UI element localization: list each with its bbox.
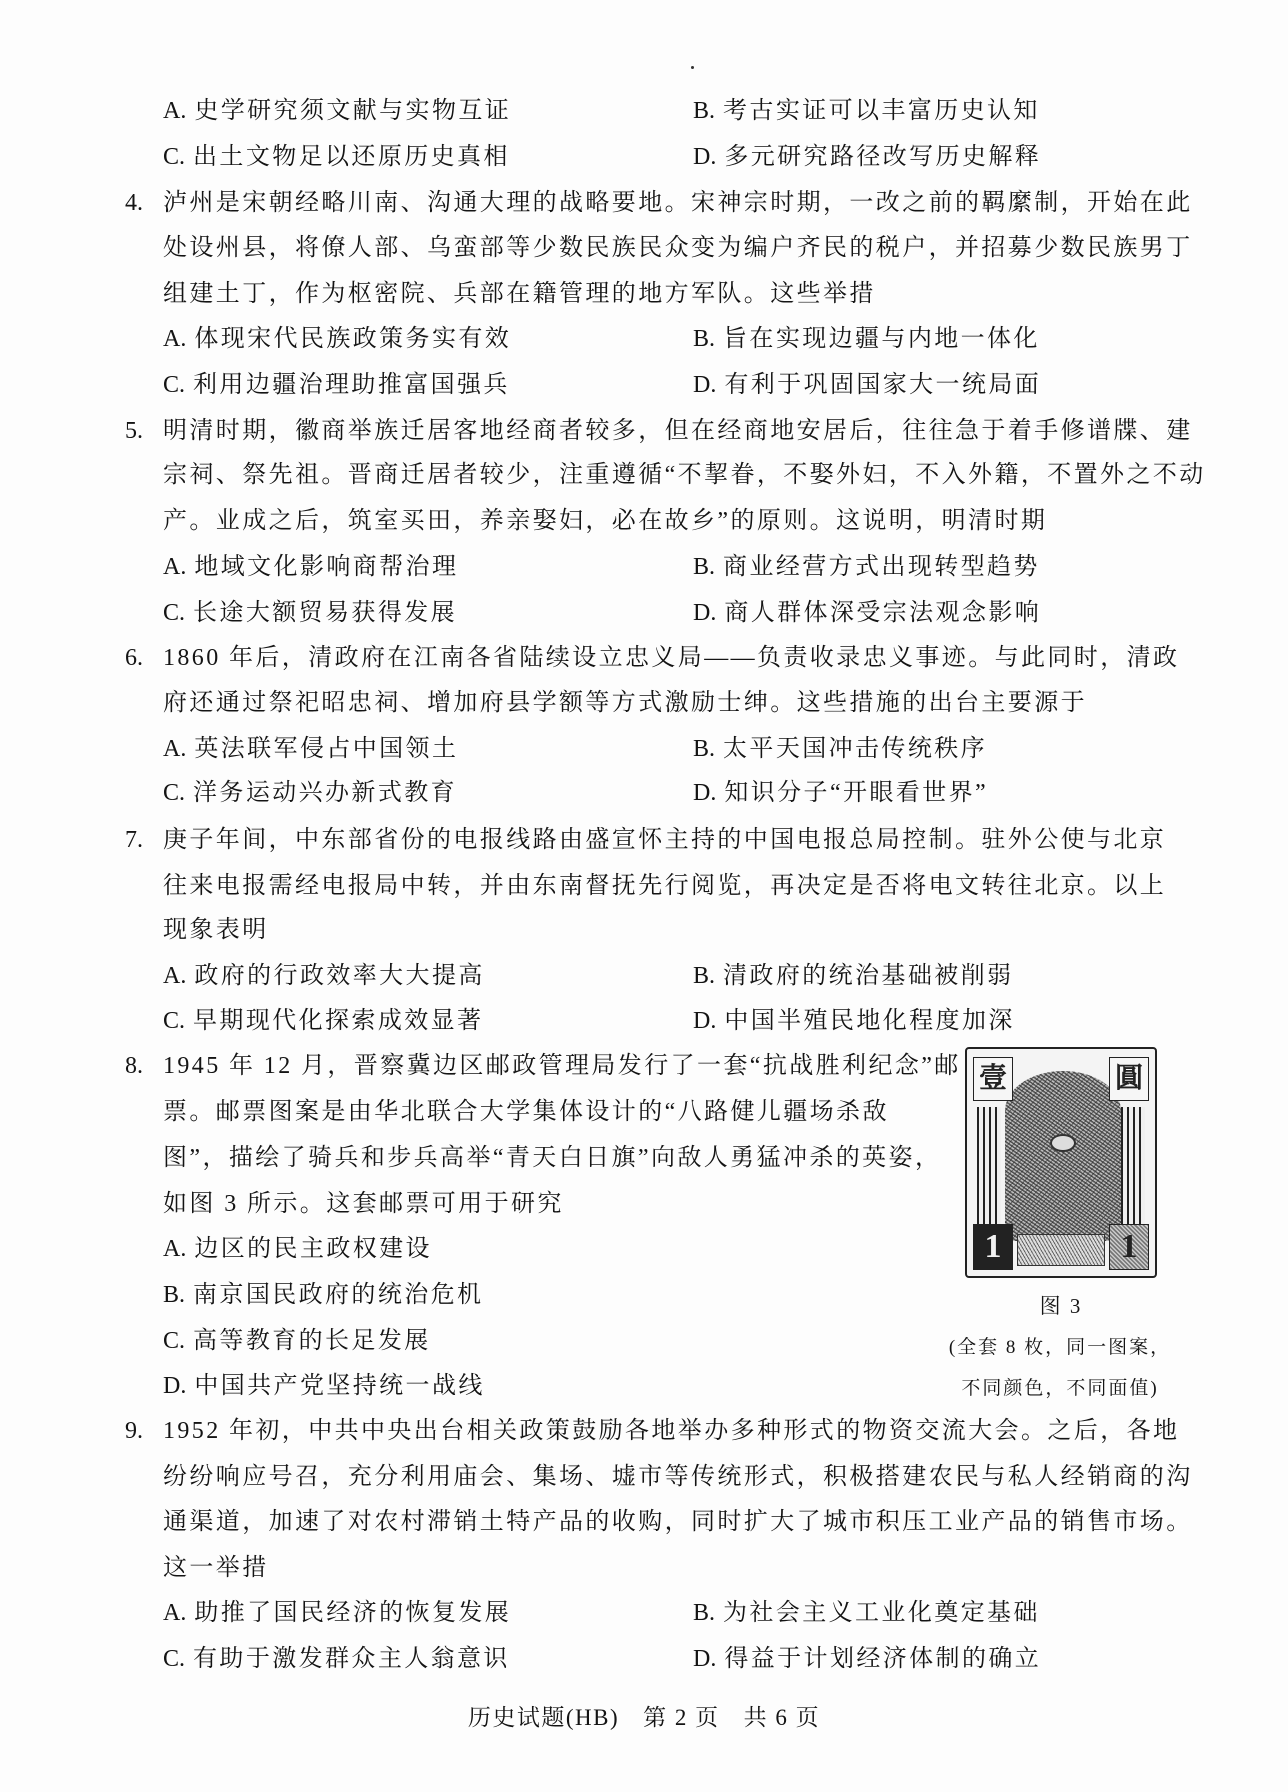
option-3a[interactable]: A.史学研究须文献与实物互证	[163, 96, 511, 126]
option-9d[interactable]: D.得益于计划经济体制的确立	[693, 1644, 1041, 1674]
option-text: 出土文物足以还原历史真相	[193, 144, 510, 170]
option-8a[interactable]: A.边区的民主政权建设	[163, 1234, 432, 1264]
stamp-value-left: 1	[973, 1224, 1013, 1270]
question-stem-line: 处设州县，将僚人部、乌蛮部等少数民族民众变为编户齐民的税户，并招募少数民族男丁	[163, 233, 1193, 263]
stamp-figure-3: 壹 圓 1 1	[965, 1047, 1157, 1278]
option-text: 政府的行政效率大大提高	[194, 963, 484, 989]
figure-note-line-1: (全套 8 枚，同一图案，	[935, 1335, 1185, 1361]
question-stem-line: 1860 年后，清政府在江南各省陆续设立忠义局——负责收录忠义事迹。与此同时，清…	[163, 643, 1179, 673]
option-text: 有助于激发群众主人翁意识	[193, 1646, 510, 1672]
option-text: 有利于巩固国家大一统局面	[724, 372, 1041, 398]
option-7b[interactable]: B.清政府的统治基础被削弱	[693, 961, 1013, 991]
option-6a[interactable]: A.英法联军侵占中国领土	[163, 734, 458, 764]
option-text: 太平天国冲击传统秩序	[723, 736, 987, 762]
option-text: 英法联军侵占中国领土	[194, 736, 458, 762]
option-6d[interactable]: D.知识分子“开眼看世界”	[693, 778, 988, 808]
stamp-column-right	[1121, 1107, 1145, 1227]
option-4b[interactable]: B.旨在实现边疆与内地一体化	[693, 324, 1040, 354]
question-number: 6.	[125, 643, 143, 673]
option-text: 史学研究须文献与实物互证	[194, 98, 511, 124]
option-9c[interactable]: C.有助于激发群众主人翁意识	[163, 1644, 510, 1674]
question-number: 9.	[125, 1416, 143, 1446]
question-stem-line: 通渠道，加速了对农村滞销土特产品的收购，同时扩大了城市积压工业产品的销售市场。	[163, 1507, 1193, 1537]
question-stem-line: 1952 年初，中共中央出台相关政策鼓励各地举办多种形式的物资交流大会。之后，各…	[163, 1416, 1179, 1446]
page-footer: 历史试题(HB)第 2 页共 6 页	[0, 1703, 1288, 1733]
option-text: 得益于计划经济体制的确立	[724, 1646, 1041, 1672]
stamp-corner-top-left: 壹	[973, 1057, 1013, 1101]
option-6b[interactable]: B.太平天国冲击传统秩序	[693, 734, 987, 764]
option-text: 利用边疆治理助推富国强兵	[193, 372, 510, 398]
option-6c[interactable]: C.洋务运动兴办新式教育	[163, 778, 457, 808]
question-stem-line: 票。邮票图案是由华北联合大学集体设计的“八路健儿疆场杀敌	[163, 1097, 889, 1127]
option-text: 南京国民政府的统治危机	[193, 1282, 483, 1308]
option-text: 长途大额贸易获得发展	[193, 600, 457, 626]
question-stem-line: 明清时期，徽商举族迁居客地经商者较多，但在经商地安居后，往往急于着手修谱牒、建	[163, 416, 1193, 446]
question-stem-line: 庚子年间，中东部省份的电报线路由盛宣怀主持的中国电报总局控制。驻外公使与北京	[163, 825, 1166, 855]
question-stem-line: 纷纷响应号召，充分利用庙会、集场、墟市等传统形式，积极搭建农民与私人经销商的沟	[163, 1462, 1193, 1492]
option-3d[interactable]: D.多元研究路径改写历史解释	[693, 142, 1041, 172]
option-5c[interactable]: C.长途大额贸易获得发展	[163, 598, 457, 628]
question-number: 5.	[125, 416, 143, 446]
option-text: 洋务运动兴办新式教育	[193, 780, 457, 806]
option-7d[interactable]: D.中国半殖民地化程度加深	[693, 1006, 1015, 1036]
option-text: 边区的民主政权建设	[194, 1236, 432, 1262]
option-7c[interactable]: C.早期现代化探索成效显著	[163, 1006, 483, 1036]
option-text: 旨在实现边疆与内地一体化	[723, 326, 1040, 352]
stamp-value-right: 1	[1109, 1224, 1149, 1270]
flag-icon	[1050, 1134, 1076, 1152]
option-text: 商人群体深受宗法观念影响	[724, 600, 1041, 626]
question-number: 4.	[125, 188, 143, 218]
question-stem-line: 泸州是宋朝经略川南、沟通大理的战略要地。宋神宗时期，一改之前的羁縻制，开始在此	[163, 188, 1193, 218]
figure-note-line-2: 不同颜色，不同面值)	[935, 1376, 1185, 1402]
option-text: 助推了国民经济的恢复发展	[194, 1600, 511, 1626]
stamp-bottom-band	[1017, 1234, 1105, 1266]
option-4a[interactable]: A.体现宋代民族政策务实有效	[163, 324, 511, 354]
option-7a[interactable]: A.政府的行政效率大大提高	[163, 961, 485, 991]
question-number: 7.	[125, 825, 143, 855]
option-5d[interactable]: D.商人群体深受宗法观念影响	[693, 598, 1041, 628]
footer-page-number: 第 2 页	[643, 1705, 720, 1730]
option-text: 知识分子“开眼看世界”	[724, 780, 988, 806]
question-stem-line: 如图 3 所示。这套邮票可用于研究	[163, 1189, 564, 1219]
option-8d[interactable]: D.中国共产党坚持统一战线	[163, 1371, 485, 1401]
question-stem-line: 现象表明	[163, 915, 269, 945]
footer-total-pages: 共 6 页	[744, 1705, 821, 1730]
option-text: 地域文化影响商帮治理	[194, 554, 458, 580]
question-stem-line: 府还通过祭祀昭忠祠、增加府县学额等方式激励士绅。这些措施的出台主要源于	[163, 688, 1087, 718]
option-text: 体现宋代民族政策务实有效	[194, 326, 511, 352]
option-text: 为社会主义工业化奠定基础	[723, 1600, 1040, 1626]
option-text: 中国半殖民地化程度加深	[724, 1008, 1014, 1034]
question-stem-line: 往来电报需经电报局中转，并由东南督抚先行阅览，再决定是否将电文转往北京。以上	[163, 871, 1166, 901]
question-stem-line: 这一举措	[163, 1553, 269, 1583]
scan-dot	[691, 66, 694, 69]
stamp-corner-top-right: 圓	[1109, 1057, 1149, 1101]
question-number: 8.	[125, 1051, 143, 1081]
option-4c[interactable]: C.利用边疆治理助推富国强兵	[163, 370, 510, 400]
option-3b[interactable]: B.考古实证可以丰富历史认知	[693, 96, 1040, 126]
option-text: 早期现代化探索成效显著	[193, 1008, 483, 1034]
footer-subject: 历史试题(HB)	[468, 1705, 619, 1730]
option-4d[interactable]: D.有利于巩固国家大一统局面	[693, 370, 1041, 400]
question-stem-line: 图”，描绘了骑兵和步兵高举“青天白日旗”向敌人勇猛冲杀的英姿，	[163, 1143, 941, 1173]
option-text: 多元研究路径改写历史解释	[724, 144, 1041, 170]
option-5b[interactable]: B.商业经营方式出现转型趋势	[693, 552, 1040, 582]
option-text: 商业经营方式出现转型趋势	[723, 554, 1040, 580]
question-stem-line: 产。业成之后，筑室买田，养亲娶妇，必在故乡”的原则。这说明，明清时期	[163, 506, 1047, 536]
question-stem-line: 组建土丁，作为枢密院、兵部在籍管理的地方军队。这些举措	[163, 279, 876, 309]
option-3c[interactable]: C.出土文物足以还原历史真相	[163, 142, 510, 172]
stamp-engraving	[1005, 1071, 1121, 1241]
option-text: 考古实证可以丰富历史认知	[723, 98, 1040, 124]
option-5a[interactable]: A.地域文化影响商帮治理	[163, 552, 458, 582]
option-8c[interactable]: C.高等教育的长足发展	[163, 1326, 431, 1356]
stamp-column-left	[977, 1107, 1001, 1227]
figure-caption: 图 3	[965, 1292, 1157, 1320]
option-8b[interactable]: B.南京国民政府的统治危机	[163, 1280, 483, 1310]
option-text: 中国共产党坚持统一战线	[194, 1373, 484, 1399]
question-stem-line: 宗祠、祭先祖。晋商迁居者较少，注重遵循“不挈眷，不娶外妇，不入外籍，不置外之不动	[163, 460, 1206, 490]
option-9b[interactable]: B.为社会主义工业化奠定基础	[693, 1598, 1040, 1628]
option-text: 高等教育的长足发展	[193, 1328, 431, 1354]
question-stem-line: 1945 年 12 月，晋察冀边区邮政管理局发行了一套“抗战胜利纪念”邮	[163, 1051, 961, 1081]
option-text: 清政府的统治基础被削弱	[723, 963, 1013, 989]
option-9a[interactable]: A.助推了国民经济的恢复发展	[163, 1598, 511, 1628]
